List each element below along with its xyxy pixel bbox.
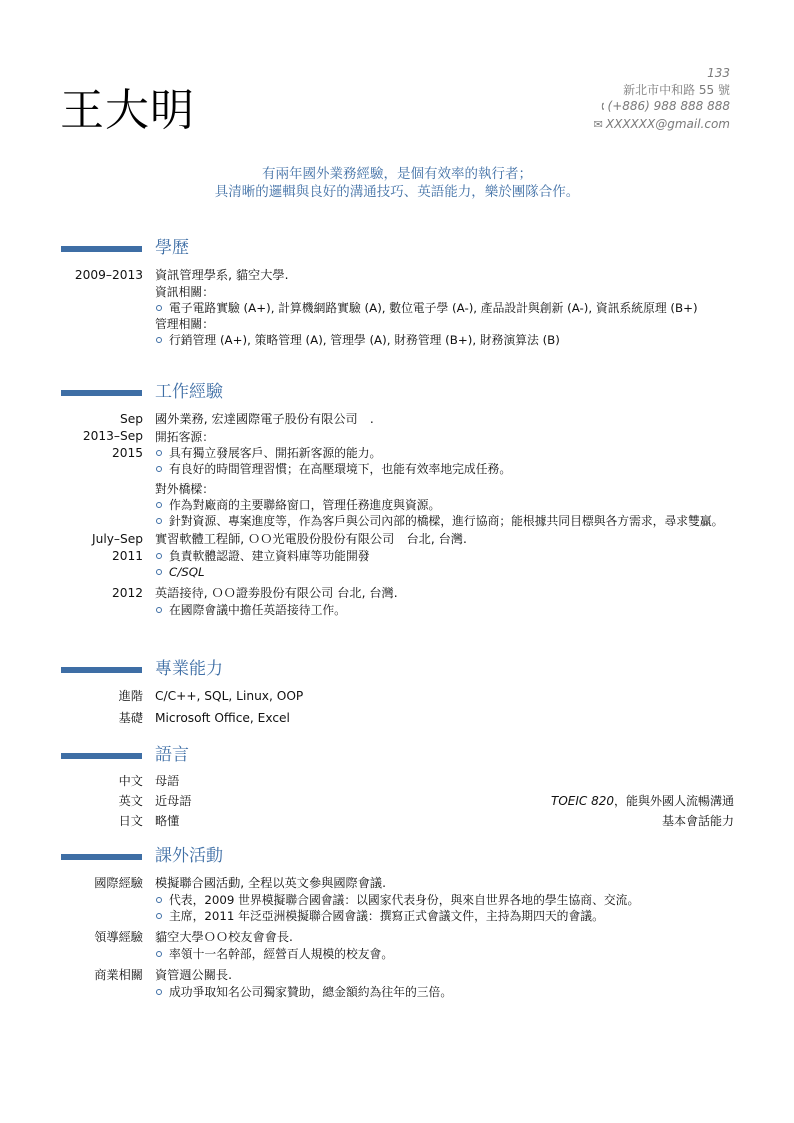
section-title: 專業能力	[155, 658, 223, 680]
section-bar	[61, 390, 142, 396]
section-bar	[61, 753, 142, 759]
list-item: C/SQL	[155, 564, 740, 580]
group-label: 資訊相關：	[155, 284, 740, 300]
language-name: 英文	[119, 793, 143, 810]
bullet-icon	[156, 337, 162, 343]
list-item: 主席，2011 年泛亞洲模擬聯合國會議：撰寫正式會議文件，主持為期四天的會議。	[155, 908, 740, 924]
section-languages: 語言 中文 母語 英文 近母語 TOEIC 820，能與外國人流暢溝通 日文 略…	[0, 744, 794, 830]
bullet-icon	[156, 989, 162, 995]
bullet-icon	[156, 897, 162, 903]
bullet-icon	[156, 607, 162, 613]
list-item: 代表，2009 世界模擬聯合國會議：以國家代表身份，與來自世界各地的學生協商、交…	[155, 892, 740, 908]
activity-category: 商業相關	[94, 967, 143, 984]
bullet-icon	[156, 450, 162, 456]
list-item: 在國際會議中擔任英語接待工作。	[155, 602, 740, 618]
section-header: 課外活動	[0, 845, 794, 869]
section-title: 課外活動	[155, 845, 223, 867]
section-bar	[61, 246, 142, 252]
list-item: 率領十一名幹部，經營百人規模的校友會。	[155, 946, 740, 962]
email-address[interactable]: XXXXXX@gmail.com	[606, 117, 730, 131]
candidate-name: 王大明	[60, 84, 195, 138]
group-label: 開拓客源：	[155, 429, 740, 445]
activity-entry: 國際經驗 模擬聯合國活動, 全程以英文參與國際會議. 代表，2009 世界模擬聯…	[0, 875, 794, 924]
bullet-icon	[156, 951, 162, 957]
entry-heading: 資管週公關長.	[155, 967, 740, 984]
summary-quote: 有兩年國外業務經驗，是個有效率的執行者； 具清晰的邏輯與良好的溝通技巧、英語能力…	[0, 165, 794, 201]
section-work: 工作經驗 Sep 2013–Sep 2015 國外業務, 宏達國際電子股份有限公…	[0, 381, 794, 618]
phone-icon: 🕻	[601, 100, 604, 113]
work-entry: 2012 英語接待, ＯＯ證劵股份有限公司 台北, 台灣. 在國際會議中擔任英語…	[0, 585, 794, 618]
bullet-icon	[156, 569, 162, 575]
group-label: 對外橋樑：	[155, 481, 740, 497]
language-row: 中文 母語	[0, 773, 794, 790]
address-line-1: 133	[594, 65, 730, 82]
entry-date: Sep 2013–Sep 2015	[83, 411, 143, 462]
section-title: 語言	[155, 744, 189, 766]
skill-value: Microsoft Office, Excel	[155, 710, 740, 727]
activity-category: 國際經驗	[94, 875, 143, 892]
language-name: 日文	[119, 813, 143, 830]
bullet-icon	[156, 305, 162, 311]
section-title: 工作經驗	[155, 381, 223, 403]
envelope-icon: ✉	[594, 118, 603, 131]
address-line-2: 新北市中和路 55 號	[594, 82, 730, 99]
section-skills: 專業能力 進階 C/C++, SQL, Linux, OOP 基礎 Micros…	[0, 658, 794, 727]
section-bar	[61, 667, 142, 673]
language-name: 中文	[119, 773, 143, 790]
language-note: 基本會話能力	[662, 813, 734, 830]
skill-row: 基礎 Microsoft Office, Excel	[0, 710, 794, 727]
language-row: 日文 略懂 基本會話能力	[0, 813, 794, 830]
skill-level: 進階	[119, 688, 143, 705]
education-entry: 2009–2013 資訊管理學系, 貓空大學. 資訊相關： 電子電路實驗 (A+…	[0, 267, 794, 348]
section-bar	[61, 854, 142, 860]
list-item: 針對資源、專案進度等，作為客戶與公司內部的橋樑，進行協商；能根據共同目標與各方需…	[155, 513, 740, 529]
list-item: 成功爭取知名公司獨家贊助，總金額約為往年的三倍。	[155, 984, 740, 1000]
list-item: 負責軟體認證、建立資料庫等功能開發	[155, 548, 740, 564]
entry-heading: 貓空大學ＯＯ校友會會長.	[155, 929, 740, 946]
activity-entry: 領導經驗 貓空大學ＯＯ校友會會長. 率領十一名幹部，經營百人規模的校友會。	[0, 929, 794, 962]
section-activities: 課外活動 國際經驗 模擬聯合國活動, 全程以英文參與國際會議. 代表，2009 …	[0, 845, 794, 1000]
language-note: TOEIC 820，能與外國人流暢溝通	[551, 793, 734, 810]
list-item: 具有獨立發展客戶、開拓新客源的能力。	[155, 445, 740, 461]
bullet-icon	[156, 553, 162, 559]
language-row: 英文 近母語 TOEIC 820，能與外國人流暢溝通	[0, 793, 794, 810]
language-level: 母語	[155, 773, 740, 790]
entry-date: 2009–2013	[75, 267, 143, 284]
phone-line: 🕻(+886) 988 888 888	[594, 98, 730, 116]
summary-line-1: 有兩年國外業務經驗，是個有效率的執行者；	[0, 165, 794, 183]
entry-date: July–Sep 2011	[92, 531, 143, 565]
bullet-icon	[156, 502, 162, 508]
bullet-icon	[156, 913, 162, 919]
entry-heading: 國外業務, 宏達國際電子股份有限公司 .	[155, 411, 740, 428]
entry-heading: 英語接待, ＯＯ證劵股份有限公司 台北, 台灣.	[155, 585, 740, 602]
email-line: ✉XXXXXX@gmail.com	[594, 116, 730, 134]
bullet-icon	[156, 466, 162, 472]
list-item: 電子電路實驗 (A+), 計算機網路實驗 (A), 數位電子學 (A-), 產品…	[155, 300, 740, 316]
skill-level: 基礎	[119, 710, 143, 727]
work-entry: Sep 2013–Sep 2015 國外業務, 宏達國際電子股份有限公司 . 開…	[0, 411, 794, 529]
skill-value: C/C++, SQL, Linux, OOP	[155, 688, 740, 705]
section-header: 專業能力	[0, 658, 794, 682]
section-education: 學歷 2009–2013 資訊管理學系, 貓空大學. 資訊相關： 電子電路實驗 …	[0, 237, 794, 348]
section-title: 學歷	[155, 237, 189, 259]
entry-heading: 資訊管理學系, 貓空大學.	[155, 267, 740, 284]
list-item: 行銷管理 (A+), 策略管理 (A), 管理學 (A), 財務管理 (B+),…	[155, 332, 740, 348]
entry-heading: 模擬聯合國活動, 全程以英文參與國際會議.	[155, 875, 740, 892]
section-header: 工作經驗	[0, 381, 794, 405]
entry-date: 2012	[112, 585, 143, 602]
activity-category: 領導經驗	[94, 929, 143, 946]
work-entry: July–Sep 2011 實習軟體工程師, ＯＯ光電股份股份有限公司 台北, …	[0, 531, 794, 580]
list-item: 有良好的時間管理習慣；在高壓環境下，也能有效率地完成任務。	[155, 461, 740, 477]
skill-row: 進階 C/C++, SQL, Linux, OOP	[0, 688, 794, 705]
list-item: 作為對廠商的主要聯絡窗口，管理任務進度與資源。	[155, 497, 740, 513]
language-level: 略懂	[155, 813, 740, 830]
summary-line-2: 具清晰的邏輯與良好的溝通技巧、英語能力，樂於團隊合作。	[0, 183, 794, 201]
entry-heading: 實習軟體工程師, ＯＯ光電股份股份有限公司 台北, 台灣.	[155, 531, 740, 548]
contact-block: 133 新北市中和路 55 號 🕻(+886) 988 888 888 ✉XXX…	[594, 65, 730, 133]
group-label: 管理相關：	[155, 316, 740, 332]
bullet-icon	[156, 518, 162, 524]
section-header: 語言	[0, 744, 794, 768]
phone-number[interactable]: (+886) 988 888 888	[608, 99, 730, 113]
activity-entry: 商業相關 資管週公關長. 成功爭取知名公司獨家贊助，總金額約為往年的三倍。	[0, 967, 794, 1000]
section-header: 學歷	[0, 237, 794, 261]
